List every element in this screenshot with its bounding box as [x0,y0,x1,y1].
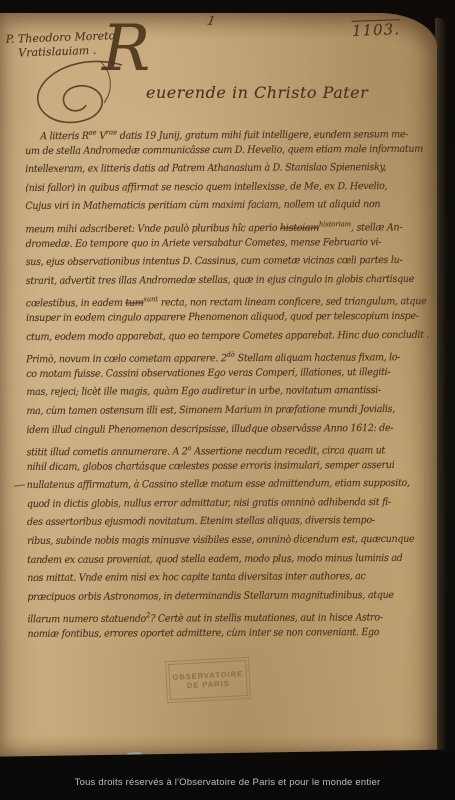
manuscript-line: cœlestibus, in eadem tumsunt recta, non … [26,289,417,310]
manuscript-line: nomiæ fontibus, errores oportet admitter… [27,624,418,645]
manuscript-line: meum mihi adscriberet: Vnde paulò plurib… [25,215,416,236]
manuscript-line: Primò, novum in cœlo cometam apparere. 2… [26,345,417,366]
manuscript-line: nos mittat. Vnde enim nisi ex hoc capite… [27,568,418,589]
flourish-swirl-icon [30,59,130,129]
manuscript-line: A litteris Rae Vrae datis 19 Junij, grat… [25,122,416,143]
address-annotation: P. Theodoro Moreto Vratislauiam . [6,29,116,61]
manuscript-line: strarit, advertit tres illas Andromedæ s… [26,271,417,292]
manuscript-line: um de stella Andromedæ communicâsse cum … [25,140,416,161]
manuscript-line: sus, ejus observationibus intentus D. Ca… [26,252,417,273]
manuscript-line: co motam fuisse. Cassini observationes E… [26,364,417,385]
margin-dash [14,484,25,486]
manuscript-line: nihil dicam, globos chartásque cœlestes … [27,457,418,478]
manuscript-line: Cujus viri in Mathematicis peritiam cùm … [25,196,416,217]
stamp-line-2: DE PARIS [187,679,230,690]
manuscript-line: des assertoribus ejusmodi novitatum. Ete… [27,512,418,533]
manuscript-line: intellexeram, ex litteris datis ad Patre… [25,159,416,180]
manuscript-line: insuper in eodem cingulo apparere Phenom… [26,308,417,329]
copyright-banner: Tous droits réservés à l'Observatoire de… [0,765,455,800]
manuscript-line: (nisi fallor) in quibus affirmat se nesc… [25,178,416,199]
manuscript-line: ctum, eodem modo apparebat, quo eo tempo… [26,326,417,347]
manuscript-line: præcipuos orbis Astronomos, in determina… [27,587,418,608]
manuscript-line: ma, cùm tamen ostensum illi est, Simonem… [26,401,417,422]
manuscript-page: P. Theodoro Moreto Vratislauiam . 1 1103… [0,13,437,760]
manuscript-line: nullatenus affirmatum, à Cassino stellæ … [27,475,418,496]
manuscript-line: dromedæ. Eo tempore quo in Ariete versab… [26,233,417,254]
manuscript-line: quod in dictis globis, nullus error admi… [27,494,418,515]
manuscript-line: idem illud cinguli Phenomenon descripsis… [26,419,417,440]
page-mark: 1 [206,13,217,29]
manuscript-lines: A litteris Rae Vrae datis 19 Junij, grat… [25,122,419,645]
manuscript-line: tandem ex causa proveniat, quod stella e… [27,549,418,570]
manuscript-line: stitit illud cometis annumerare. A 2a As… [27,438,418,459]
manuscript-scan: P. Theodoro Moreto Vratislauiam . 1 1103… [0,0,455,800]
salutation: euerende in Christo Pater [146,83,368,102]
copyright-text: Tous droits réservés à l'Observatoire de… [75,777,381,788]
library-stamp: OBSERVATOIRE DE PARIS [168,660,248,700]
folio-number: 1103. [352,20,401,40]
manuscript-line: ribus, subinde nobis magis minusve visib… [27,531,418,552]
manuscript-line: illarum numero statuendo2? Certè aut in … [27,605,418,626]
manuscript-line: mas, rejeci; licèt ille magis, quàm Ego … [26,382,417,403]
